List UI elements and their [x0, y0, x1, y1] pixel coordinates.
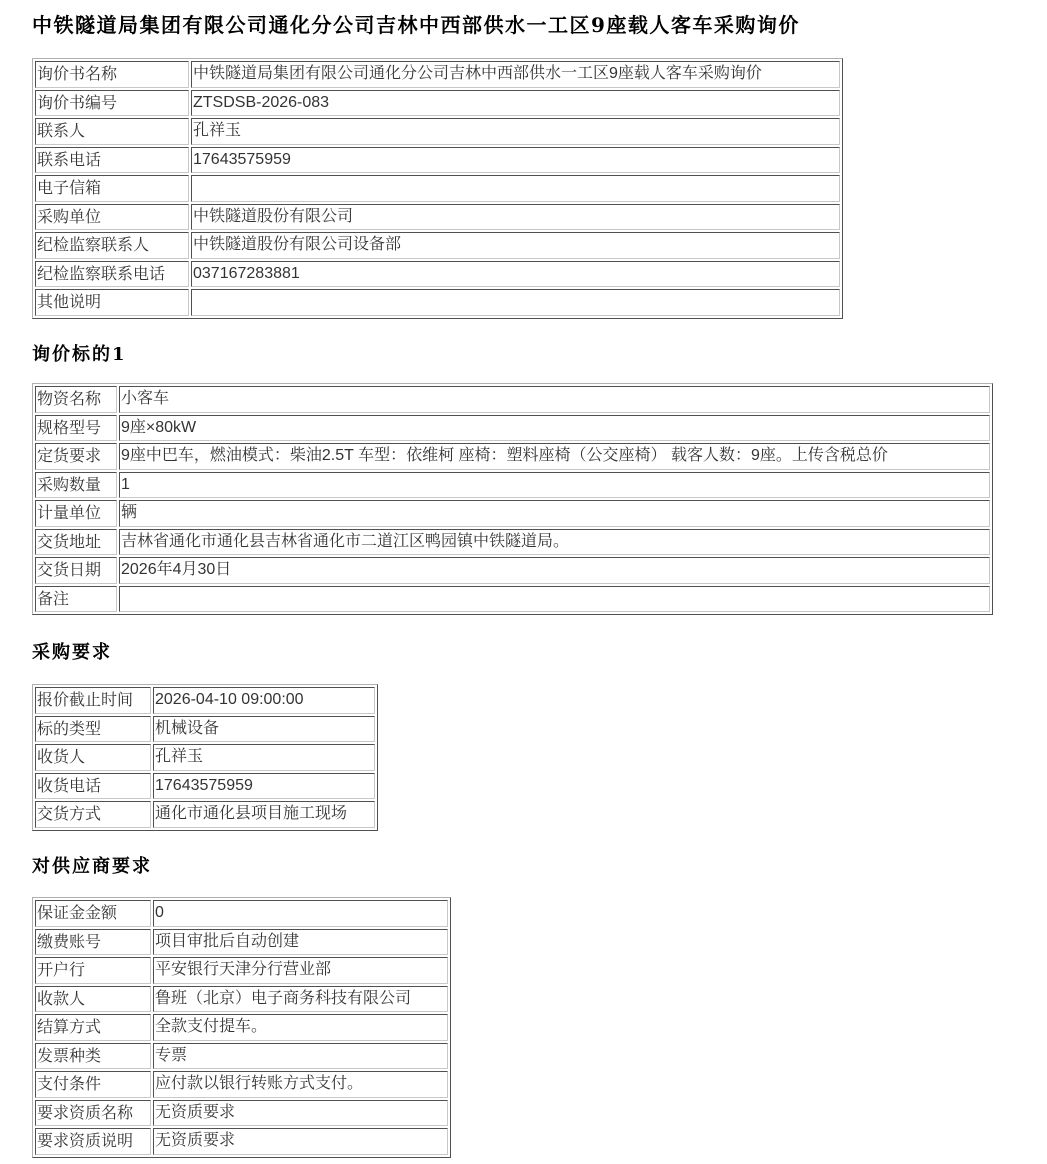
- field-label: 报价截止时间: [35, 687, 151, 714]
- table-row: 询价书名称中铁隧道局集团有限公司通化分公司吉林中西部供水一工区9座载人客车采购询…: [35, 61, 840, 88]
- table-row: 标的类型机械设备: [35, 716, 375, 743]
- field-label: 询价书编号: [35, 90, 189, 117]
- field-value: 0: [153, 900, 448, 927]
- field-value: 无资质要求: [153, 1128, 448, 1155]
- table-row: 收货人孔祥玉: [35, 744, 375, 771]
- field-label: 收货电话: [35, 773, 151, 800]
- table-row: 交货日期2026年4月30日: [35, 557, 990, 584]
- table-row: 报价截止时间2026-04-10 09:00:00: [35, 687, 375, 714]
- field-label: 纪检监察联系电话: [35, 261, 189, 288]
- table-row: 结算方式全款支付提车。: [35, 1014, 448, 1041]
- table-row: 支付条件应付款以银行转账方式支付。: [35, 1071, 448, 1098]
- field-value: 中铁隧道股份有限公司设备部: [191, 232, 840, 259]
- field-value: 鲁班（北京）电子商务科技有限公司: [153, 986, 448, 1013]
- field-value: 2026-04-10 09:00:00: [153, 687, 375, 714]
- field-value: 中铁隧道股份有限公司: [191, 204, 840, 231]
- inquiry-info-table: 询价书名称中铁隧道局集团有限公司通化分公司吉林中西部供水一工区9座载人客车采购询…: [32, 58, 843, 319]
- field-label: 标的类型: [35, 716, 151, 743]
- field-label: 纪检监察联系人: [35, 232, 189, 259]
- field-label: 发票种类: [35, 1043, 151, 1070]
- field-value: 9座×80kW: [119, 415, 990, 442]
- field-label: 定货要求: [35, 443, 117, 470]
- field-label: 采购单位: [35, 204, 189, 231]
- field-label: 开户行: [35, 957, 151, 984]
- table-row: 保证金金额0: [35, 900, 448, 927]
- field-label: 要求资质说明: [35, 1128, 151, 1155]
- field-value: ZTSDSB-2026-083: [191, 90, 840, 117]
- field-label: 联系电话: [35, 147, 189, 174]
- section-heading-purchase: 采购要求: [32, 638, 112, 664]
- table-row: 规格型号9座×80kW: [35, 415, 990, 442]
- supplier-requirements-table: 保证金金额0缴费账号项目审批后自动创建开户行平安银行天津分行营业部收款人鲁班（北…: [32, 897, 451, 1158]
- field-label: 电子信箱: [35, 175, 189, 202]
- field-value: 专票: [153, 1043, 448, 1070]
- table-row: 备注: [35, 586, 990, 613]
- field-value: 项目审批后自动创建: [153, 929, 448, 956]
- section-heading-supplier: 对供应商要求: [32, 852, 152, 878]
- field-value: 9座中巴车，燃油模式：柴油2.5T 车型：依维柯 座椅：塑料座椅（公交座椅） 载…: [119, 443, 990, 470]
- field-value: 孔祥玉: [191, 118, 840, 145]
- table-row: 联系人孔祥玉: [35, 118, 840, 145]
- field-value: 037167283881: [191, 261, 840, 288]
- table-row: 联系电话17643575959: [35, 147, 840, 174]
- table-row: 交货地址吉林省通化市通化县吉林省通化市二道江区鸭园镇中铁隧道局。: [35, 529, 990, 556]
- field-label: 保证金金额: [35, 900, 151, 927]
- field-label: 支付条件: [35, 1071, 151, 1098]
- field-label: 计量单位: [35, 500, 117, 527]
- field-value: [191, 175, 840, 202]
- field-value: 机械设备: [153, 716, 375, 743]
- field-label: 结算方式: [35, 1014, 151, 1041]
- field-label: 交货方式: [35, 801, 151, 828]
- field-label: 备注: [35, 586, 117, 613]
- table-row: 要求资质名称无资质要求: [35, 1100, 448, 1127]
- field-value: 中铁隧道局集团有限公司通化分公司吉林中西部供水一工区9座载人客车采购询价: [191, 61, 840, 88]
- field-value: [191, 289, 840, 316]
- field-value: 应付款以银行转账方式支付。: [153, 1071, 448, 1098]
- table-row: 要求资质说明无资质要求: [35, 1128, 448, 1155]
- table-row: 物资名称小客车: [35, 386, 990, 413]
- table-row: 收款人鲁班（北京）电子商务科技有限公司: [35, 986, 448, 1013]
- table-row: 开户行平安银行天津分行营业部: [35, 957, 448, 984]
- table-row: 采购数量1: [35, 472, 990, 499]
- field-value: 平安银行天津分行营业部: [153, 957, 448, 984]
- field-value: 辆: [119, 500, 990, 527]
- field-label: 联系人: [35, 118, 189, 145]
- field-value: 无资质要求: [153, 1100, 448, 1127]
- field-value: 吉林省通化市通化县吉林省通化市二道江区鸭园镇中铁隧道局。: [119, 529, 990, 556]
- field-label: 物资名称: [35, 386, 117, 413]
- table-row: 询价书编号ZTSDSB-2026-083: [35, 90, 840, 117]
- field-label: 交货地址: [35, 529, 117, 556]
- table-row: 纪检监察联系电话037167283881: [35, 261, 840, 288]
- field-label: 收款人: [35, 986, 151, 1013]
- field-label: 询价书名称: [35, 61, 189, 88]
- purchase-requirements-table: 报价截止时间2026-04-10 09:00:00标的类型机械设备收货人孔祥玉收…: [32, 684, 378, 831]
- page-title: 中铁隧道局集团有限公司通化分公司吉林中西部供水一工区9座载人客车采购询价: [32, 9, 800, 38]
- field-value: 1: [119, 472, 990, 499]
- field-value: 全款支付提车。: [153, 1014, 448, 1041]
- field-value: 17643575959: [191, 147, 840, 174]
- table-row: 交货方式通化市通化县项目施工现场: [35, 801, 375, 828]
- inquiry-item-table: 物资名称小客车规格型号9座×80kW定货要求9座中巴车，燃油模式：柴油2.5T …: [32, 383, 993, 615]
- field-label: 采购数量: [35, 472, 117, 499]
- field-value: 通化市通化县项目施工现场: [153, 801, 375, 828]
- table-row: 缴费账号项目审批后自动创建: [35, 929, 448, 956]
- table-row: 其他说明: [35, 289, 840, 316]
- table-row: 收货电话17643575959: [35, 773, 375, 800]
- field-label: 收货人: [35, 744, 151, 771]
- field-value: [119, 586, 990, 613]
- field-label: 缴费账号: [35, 929, 151, 956]
- table-row: 采购单位中铁隧道股份有限公司: [35, 204, 840, 231]
- table-row: 电子信箱: [35, 175, 840, 202]
- field-value: 孔祥玉: [153, 744, 375, 771]
- field-value: 2026年4月30日: [119, 557, 990, 584]
- table-row: 定货要求9座中巴车，燃油模式：柴油2.5T 车型：依维柯 座椅：塑料座椅（公交座…: [35, 443, 990, 470]
- table-row: 发票种类专票: [35, 1043, 448, 1070]
- field-label: 规格型号: [35, 415, 117, 442]
- field-label: 其他说明: [35, 289, 189, 316]
- field-value: 17643575959: [153, 773, 375, 800]
- field-label: 交货日期: [35, 557, 117, 584]
- table-row: 计量单位辆: [35, 500, 990, 527]
- section-heading-item: 询价标的1: [32, 340, 127, 366]
- field-label: 要求资质名称: [35, 1100, 151, 1127]
- table-row: 纪检监察联系人中铁隧道股份有限公司设备部: [35, 232, 840, 259]
- field-value: 小客车: [119, 386, 990, 413]
